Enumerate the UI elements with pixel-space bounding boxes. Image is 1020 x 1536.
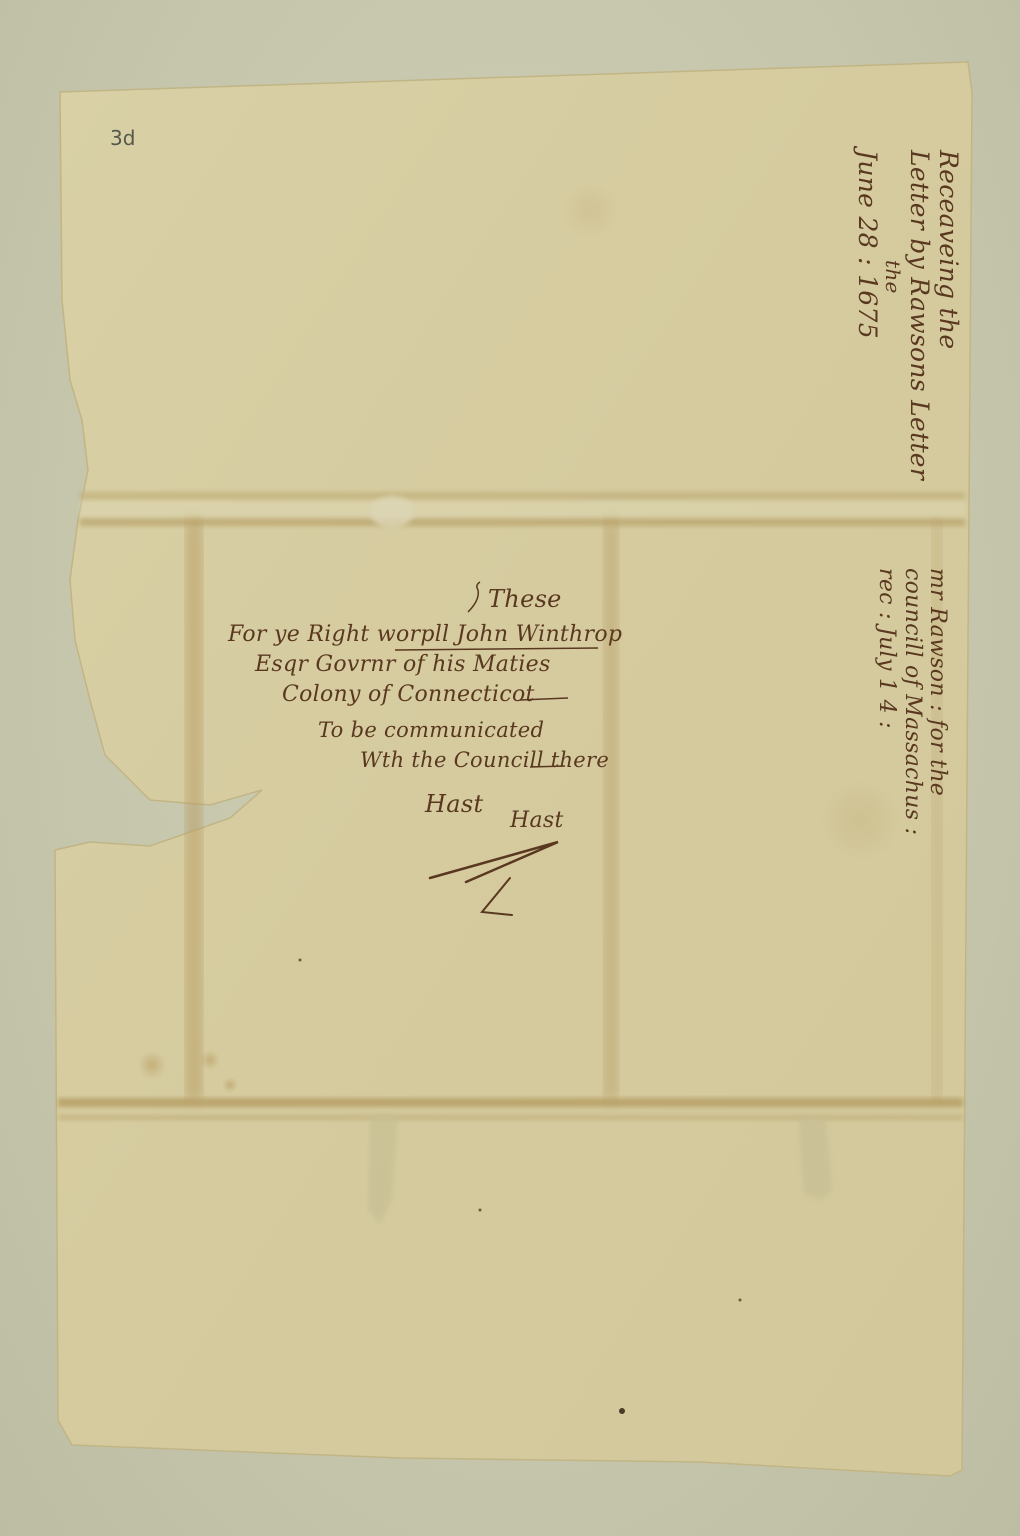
endorsement-line: mr Rawson : for the bbox=[925, 568, 950, 835]
endorsement-line: councill of Massachus : bbox=[899, 568, 924, 835]
endorsement-line: rec : July 1 4 : bbox=[874, 568, 899, 835]
docket: Receaveing the Letter by Rawsons Letter … bbox=[853, 150, 962, 480]
address-line: Colony of Connecticot bbox=[282, 682, 535, 707]
folio-mark: 3d bbox=[110, 126, 135, 150]
address-line: Wth the Councill there bbox=[360, 748, 609, 772]
postal-mark-haste: Hast bbox=[425, 790, 483, 818]
endorsement: mr Rawson : for the councill of Massachu… bbox=[874, 568, 950, 835]
docket-line: June 28 : 1675 bbox=[853, 150, 882, 480]
address-line: To be communicated bbox=[318, 718, 544, 742]
address-line: Esqr Govrnr of his Maties bbox=[255, 652, 551, 677]
docket-line: Receaveing the bbox=[933, 150, 962, 480]
docket-line: the bbox=[882, 150, 905, 480]
address-superscription: These bbox=[488, 585, 562, 613]
docket-line: Letter by Rawsons Letter bbox=[905, 150, 934, 480]
postal-mark-haste: Hast bbox=[510, 808, 564, 833]
address-line: For ye Right worpll John Winthrop bbox=[228, 622, 622, 647]
